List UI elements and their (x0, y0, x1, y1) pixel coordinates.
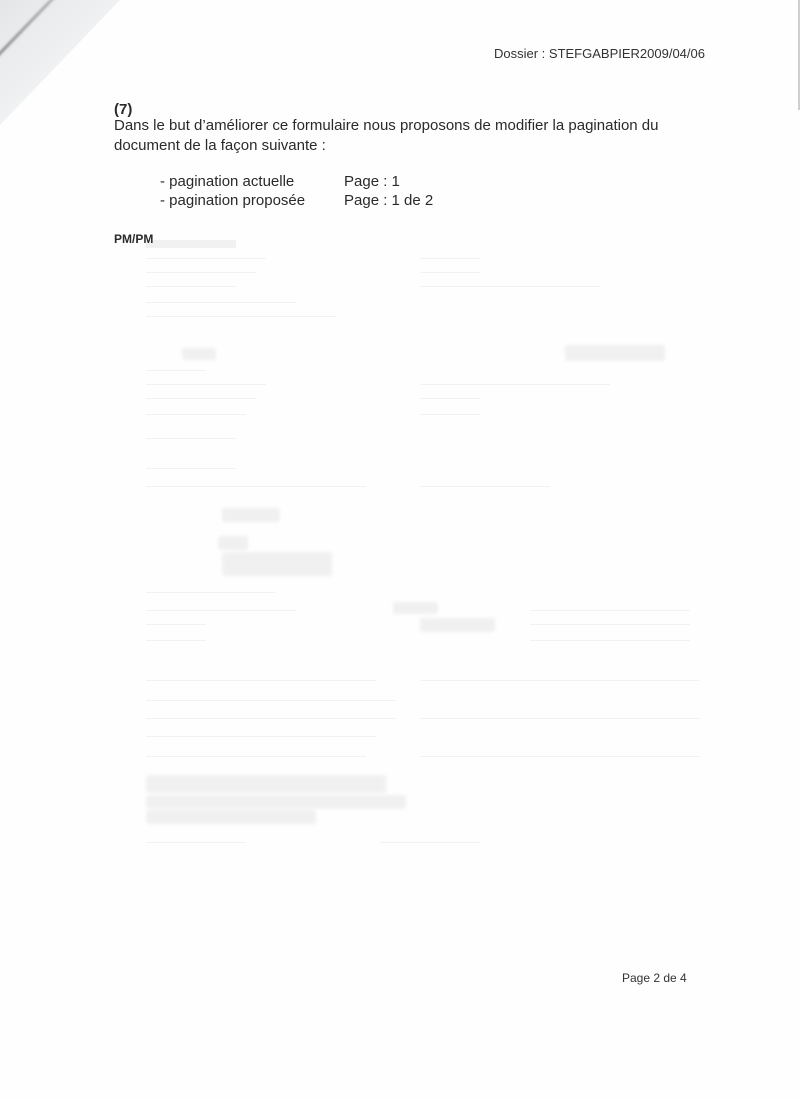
list-item: - pagination proposée Page : 1 de 2 (160, 191, 433, 210)
list-item: - pagination actuelle Page : 1 (160, 172, 433, 191)
page-number: Page 2 de 4 (622, 971, 687, 985)
item-label: - pagination actuelle (160, 172, 344, 191)
item-value: Page : 1 (344, 172, 400, 191)
author-initials: PM/PM (114, 232, 153, 246)
pagination-list: - pagination actuelle Page : 1 - paginat… (160, 172, 433, 210)
item-value: Page : 1 de 2 (344, 191, 433, 210)
item-label: - pagination proposée (160, 191, 344, 210)
scanned-page: Dossier : STEFGABPIER2009/04/06 (7) Dans… (0, 0, 800, 1100)
folded-corner (0, 0, 120, 125)
section-paragraph: Dans le but d’améliorer ce formulaire no… (114, 116, 674, 156)
dossier-reference: Dossier : STEFGABPIER2009/04/06 (494, 46, 705, 61)
